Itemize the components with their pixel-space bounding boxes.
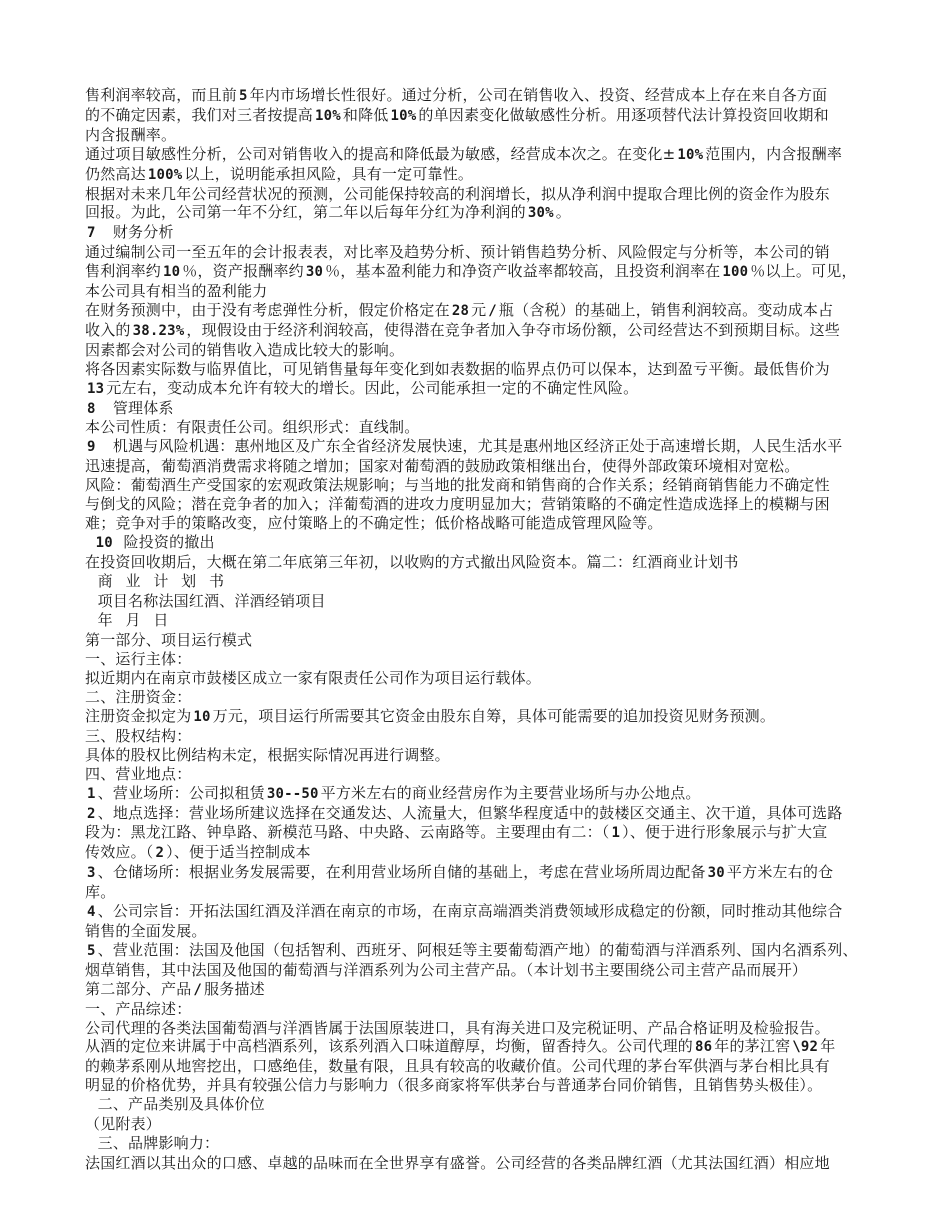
- ascii-text-run: [143, 613, 152, 629]
- text-line: 销售的全面发展。: [85, 922, 910, 941]
- text-line: 法国红酒以其出众的口感、卓越的品味而在全世界享有盛誉。公司经营的各类品牌红酒（尤…: [85, 1154, 910, 1173]
- text-line: 具体的股权比例结构未定，根据实际情况再进行调整。: [85, 746, 910, 765]
- text-line: 9 机遇与风险机遇：惠州地区及广东全省经济发展快速，尤其是惠州地区经济正处于高速…: [85, 437, 910, 457]
- cjk-text-run: 、营业场所：公司拟租赁: [98, 784, 265, 802]
- text-line: （见附表）: [85, 1115, 910, 1134]
- cjk-text-run: 烟草销售，其中法国及他国的葡萄酒与洋酒系列为公司主营产品。（本计划书主要围绕公司…: [85, 961, 807, 979]
- ascii-text-run: \92: [792, 1039, 818, 1055]
- cjk-text-run: 服务描述: [204, 980, 265, 998]
- text-line: 的赖茅系刚从地窖挖出，口感绝佳，数量有限，且具有较高的收藏价值。公司代理的茅台军…: [85, 1057, 910, 1076]
- cjk-text-run: 从酒的定位来讲属于中高档酒系列，该系列酒入口味道醇厚，均衡，留香持久。公司代理的: [85, 1037, 693, 1055]
- cjk-text-run: 商: [98, 572, 113, 590]
- text-line: 本公司具有相当的盈利能力: [85, 282, 910, 301]
- text-line: 4、公司宗旨：开拓法国红酒及洋酒在南京的市场，在南京高端酒类消费领域形成稳定的份…: [85, 902, 910, 922]
- ascii-text-run: 3: [87, 865, 96, 881]
- cjk-text-run: 售利润率约: [85, 262, 161, 280]
- cjk-text-run: ％，基本盈利能力和净资产收益率都较高，且投资利润率在: [325, 262, 720, 280]
- text-line: 四、营业地点：: [85, 765, 910, 784]
- cjk-text-run: 库。: [85, 883, 115, 901]
- text-line: 拟近期内在南京市鼓楼区成立一家有限责任公司作为项目运行载体。: [85, 669, 910, 688]
- text-line: 在投资回收期后，大概在第二年底第三年初，以收购的方式撤出风险资本。篇二：红酒商业…: [85, 553, 910, 572]
- cjk-text-run: 管理体系: [98, 399, 174, 417]
- cjk-text-run: 以上，说明能承担风险，具有一定可靠性。: [184, 165, 473, 183]
- text-line: 段为：黑龙江路、钟阜路、新模范马路、中央路、云南路等。主要理由有二：（1）、便于…: [85, 823, 910, 843]
- text-line: 13元左右，变动成本允许有较大的增长。因此，公司能承担一定的不确定性风险。: [85, 379, 910, 399]
- cjk-text-run: 计: [153, 572, 168, 590]
- text-line: 一、运行主体：: [85, 650, 910, 669]
- ascii-text-run: 28: [452, 303, 469, 319]
- cjk-text-run: 元: [471, 301, 486, 319]
- text-line: 三、股权结构：: [85, 727, 910, 746]
- cjk-text-run: 第二部分、产品: [85, 980, 191, 998]
- cjk-text-run: 元左右，变动成本允许有较大的增长。因此，公司能承担一定的不确定性风险。: [106, 379, 638, 397]
- text-line: 三、品牌影响力：: [85, 1134, 910, 1154]
- ascii-text-run: 10: [163, 264, 180, 280]
- ascii-text-run: [115, 574, 124, 590]
- text-line: 根据对未来几年公司经营状况的预测，公司能保持较高的利润增长，拟从净利润中提取合理…: [85, 185, 910, 204]
- text-line: 在财务预测中，由于没有考虑弹性分析，假定价格定在28元/瓶（含税）的基础上，销售…: [85, 301, 910, 321]
- cjk-text-run: 一、运行主体：: [85, 650, 191, 668]
- text-line: 公司代理的各类法国葡萄酒与洋酒皆属于法国原装进口，具有海关进口及完税证明、产品合…: [85, 1019, 910, 1038]
- text-line: 一、产品综述：: [85, 1000, 910, 1019]
- text-line: 二、产品类别及具体价位: [85, 1095, 910, 1115]
- ascii-text-run: 86: [695, 1039, 712, 1055]
- cjk-text-run: 通过项目敏感性分析，公司对销售收入的提高和降低最为敏感，经营成本次之。在变化±: [85, 145, 675, 163]
- cjk-text-run: 内含报酬率。: [85, 126, 176, 144]
- ascii-text-run: 38.23%: [133, 323, 185, 339]
- ascii-text-run: 5: [239, 88, 248, 104]
- text-line: 收入的38.23%，现假设由于经济利润较高，使得潜在竞争者加入争夺市场份额，公司…: [85, 321, 910, 341]
- ascii-text-run: 7: [87, 225, 96, 241]
- text-line: 售利润率约10％，资产报酬率约30％，基本盈利能力和净资产收益率都较高，且投资利…: [85, 262, 910, 282]
- cjk-text-run: 收入的: [85, 321, 131, 339]
- text-line: 项目名称法国红酒、洋酒经销项目: [85, 592, 910, 612]
- cjk-text-run: 法国红酒以其出众的口感、卓越的品味而在全世界享有盛誉。公司经营的各类品牌红酒（尤…: [85, 1154, 830, 1172]
- text-line: 回报。为此，公司第一年不分红，第二年以后每年分红为净利润的30%。: [85, 203, 910, 223]
- ascii-text-run: 10: [87, 535, 122, 551]
- ascii-text-run: /: [488, 303, 497, 319]
- cjk-text-run: 财务分析: [98, 223, 174, 241]
- text-line: 的不确定因素，我们对三者按提高10%和降低10%的单因素变化做敏感性分析。用逐项…: [85, 106, 910, 126]
- text-line: 注册资金拟定为10万元，项目运行所需要其它资金由股东自筹，具体可能需要的追加投资…: [85, 707, 910, 727]
- text-line: 年 月 日: [85, 611, 910, 631]
- text-line: 商 业 计 划 书: [85, 572, 910, 592]
- ascii-text-run: [87, 574, 96, 590]
- cjk-text-run: 传效应。（: [85, 843, 154, 861]
- cjk-text-run: 年: [98, 611, 113, 629]
- ascii-text-run: /: [193, 982, 202, 998]
- cjk-text-run: 划: [181, 572, 196, 590]
- cjk-text-run: 平方米左右的商业经营房作为主要营业场所与办公地点。: [321, 784, 701, 802]
- text-line: 通过编制公司一至五年的会计报表表，对比率及趋势分析、预计销售趋势分析、风险假定与…: [85, 243, 910, 262]
- text-line: 8 管理体系: [85, 399, 910, 419]
- ascii-text-run: [171, 574, 180, 590]
- ascii-text-run: [115, 613, 124, 629]
- text-line: 2、地点选择：营业场所建议选择在交通发达、人流量大，但繁华程度适中的鼓楼区交通主…: [85, 804, 910, 824]
- cjk-text-run: 的不确定因素，我们对三者按提高: [85, 106, 313, 124]
- cjk-text-run: 根据对未来几年公司经营状况的预测，公司能保持较高的利润增长，拟从净利润中提取合理…: [85, 185, 830, 203]
- cjk-text-run: （见附表）: [85, 1115, 161, 1133]
- text-line: 10 险投资的撤出: [85, 533, 910, 553]
- cjk-text-run: ，现假设由于经济利润较高，使得潜在竞争者加入争夺市场份额，公司经营达不到预期目标…: [186, 321, 840, 339]
- cjk-text-run: 月: [125, 611, 140, 629]
- ascii-text-run: 30: [708, 865, 725, 881]
- text-line: 1、营业场所：公司拟租赁30--50平方米左右的商业经营房作为主要营业场所与办公…: [85, 784, 910, 804]
- text-line: 库。: [85, 883, 910, 902]
- ascii-text-run: 100%: [148, 167, 183, 183]
- cjk-text-run: 年内市场增长性很好。通过分析，公司在销售收入、投资、经营成本上存在来自各方面: [250, 86, 828, 104]
- ascii-text-run: 10%: [315, 108, 341, 124]
- ascii-text-run: [87, 1136, 96, 1152]
- text-line: 5、营业范围：法国及他国（包括智利、西班牙、阿根廷等主要葡萄酒产地）的葡萄酒与洋…: [85, 941, 910, 961]
- text-line: 本公司性质：有限责任公司。组织形式：直线制。: [85, 418, 910, 437]
- cjk-text-run: 、地点选择：营业场所建议选择在交通发达、人流量大，但繁华程度适中的鼓楼区交通主、…: [98, 804, 843, 822]
- text-line: 与倒戈的风险；潜在竞争者的加入；洋葡萄酒的进攻力度明显加大；营销策略的不确定性造…: [85, 495, 910, 514]
- ascii-text-run: [87, 613, 96, 629]
- cjk-text-run: 难；竞争对手的策略改变，应付策略上的不确定性；低价格战略可能造成管理风险等。: [85, 514, 663, 532]
- cjk-text-run: ％以上。可见，: [750, 262, 856, 280]
- text-line: 内含报酬率。: [85, 126, 910, 145]
- cjk-text-run: 项目名称法国红酒、洋酒经销项目: [98, 592, 326, 610]
- cjk-text-run: 本公司具有相当的盈利能力: [85, 282, 267, 300]
- ascii-text-run: 8: [87, 401, 96, 417]
- cjk-text-run: 在投资回收期后，大概在第二年底第三年初，以收购的方式撤出风险资本。篇二：红酒商业…: [85, 553, 739, 571]
- cjk-text-run: 万元，项目运行所需要其它资金由股东自筹，具体可能需要的追加投资见财务预测。: [213, 707, 775, 725]
- ascii-text-run: [87, 594, 96, 610]
- cjk-text-run: 平方米左右的仓: [727, 863, 833, 881]
- cjk-text-run: 日: [153, 611, 168, 629]
- cjk-text-run: 在财务预测中，由于没有考虑弹性分析，假定价格定在: [85, 301, 450, 319]
- cjk-text-run: 三、品牌影响力：: [98, 1134, 220, 1152]
- text-line: 明显的价格优势，并具有较强公信力与影响力（很多商家将军供茅台与普通茅台同价销售，…: [85, 1076, 910, 1095]
- text-line: 二、注册资金：: [85, 688, 910, 707]
- cjk-text-run: 的单因素变化做敏感性分析。用逐项替代法计算投资回收期和: [418, 106, 828, 124]
- cjk-text-run: 、营业范围：法国及他国（包括智利、西班牙、阿根廷等主要葡萄酒产地）的葡萄酒与洋酒…: [98, 941, 858, 959]
- ascii-text-run: 10%: [391, 108, 417, 124]
- cjk-text-run: 和降低: [343, 106, 389, 124]
- cjk-text-run: 。: [556, 203, 571, 221]
- text-line: 将各因素实际数与临界值比，可见销售量每年变化到如表数据的临界点仍可以保本，达到盈…: [85, 360, 910, 379]
- cjk-text-run: 二、注册资金：: [85, 688, 191, 706]
- ascii-text-run: 1: [87, 786, 96, 802]
- ascii-text-run: 5: [87, 943, 96, 959]
- cjk-text-run: 回报。为此，公司第一年不分红，第二年以后每年分红为净利润的: [85, 203, 526, 221]
- cjk-text-run: 通过编制公司一至五年的会计报表表，对比率及趋势分析、预计销售趋势分析、风险假定与…: [85, 243, 830, 261]
- ascii-text-run: 13: [87, 381, 104, 397]
- cjk-text-run: 与倒戈的风险；潜在竞争者的加入；洋葡萄酒的进攻力度明显加大；营销策略的不确定性造…: [85, 495, 830, 513]
- text-line: 传效应。（2）、便于适当控制成本: [85, 843, 910, 863]
- cjk-text-run: 三、股权结构：: [85, 727, 191, 745]
- cjk-text-run: 注册资金拟定为: [85, 707, 191, 725]
- ascii-text-run: [143, 574, 152, 590]
- cjk-text-run: 销售的全面发展。: [85, 922, 207, 940]
- cjk-text-run: 瓶（含税）的基础上，销售利润较高。变动成本占: [499, 301, 833, 319]
- cjk-text-run: 的赖茅系刚从地窖挖出，口感绝佳，数量有限，且具有较高的收藏价值。公司代理的茅台军…: [85, 1057, 830, 1075]
- cjk-text-run: 年: [820, 1037, 835, 1055]
- cjk-text-run: 本公司性质：有限责任公司。组织形式：直线制。: [85, 418, 419, 436]
- cjk-text-run: 明显的价格优势，并具有较强公信力与影响力（很多商家将军供茅台与普通茅台同价销售，…: [85, 1076, 822, 1094]
- cjk-text-run: 具体的股权比例结构未定，根据实际情况再进行调整。: [85, 746, 450, 764]
- ascii-text-run: [198, 574, 207, 590]
- ascii-text-run: 30--50: [267, 786, 319, 802]
- cjk-text-run: 范围内，内含报酬率: [705, 145, 842, 163]
- ascii-text-run: 1: [612, 825, 621, 841]
- cjk-text-run: 公司代理的各类法国葡萄酒与洋酒皆属于法国原装进口，具有海关进口及完税证明、产品合…: [85, 1019, 830, 1037]
- document-page: 售利润率较高，而且前5年内市场增长性很好。通过分析，公司在销售收入、投资、经营成…: [0, 0, 950, 1230]
- cjk-text-run: 仍然高达: [85, 165, 146, 183]
- cjk-text-run: 因素都会对公司的销售收入造成比较大的影响。: [85, 341, 404, 359]
- text-line: 第二部分、产品/服务描述: [85, 980, 910, 1000]
- cjk-text-run: 年的茅江窖: [714, 1037, 790, 1055]
- cjk-text-run: 业: [125, 572, 140, 590]
- cjk-text-run: ）、便于进行形象展示与扩大宣: [622, 823, 827, 841]
- cjk-text-run: ）、便于适当控制成本: [166, 843, 311, 861]
- text-line: 烟草销售，其中法国及他国的葡萄酒与洋酒系列为公司主营产品。（本计划书主要围绕公司…: [85, 961, 910, 980]
- text-line: 迅速提高，葡萄酒消费需求将随之增加；国家对葡萄酒的鼓励政策相继出台，使得外部政策…: [85, 457, 910, 476]
- ascii-text-run: 4: [87, 904, 96, 920]
- ascii-text-run: 30%: [528, 205, 554, 221]
- cjk-text-run: 迅速提高，葡萄酒消费需求将随之增加；国家对葡萄酒的鼓励政策相继出台，使得外部政策…: [85, 457, 799, 475]
- ascii-text-run: 10: [193, 709, 210, 725]
- text-line: 从酒的定位来讲属于中高档酒系列，该系列酒入口味道醇厚，均衡，留香持久。公司代理的…: [85, 1037, 910, 1057]
- text-line: 第一部分、项目运行模式: [85, 631, 910, 650]
- ascii-text-run: 2: [156, 845, 165, 861]
- cjk-text-run: 书: [209, 572, 224, 590]
- text-line: 难；竞争对手的策略改变，应付策略上的不确定性；低价格战略可能造成管理风险等。: [85, 514, 910, 533]
- text-line: 通过项目敏感性分析，公司对销售收入的提高和降低最为敏感，经营成本次之。在变化±1…: [85, 145, 910, 165]
- cjk-text-run: 段为：黑龙江路、钟阜路、新模范马路、中央路、云南路等。主要理由有二：（: [85, 823, 610, 841]
- ascii-text-run: 10%: [677, 147, 703, 163]
- text-line: 7 财务分析: [85, 223, 910, 243]
- ascii-text-run: 2: [87, 806, 96, 822]
- cjk-text-run: 四、营业地点：: [85, 765, 191, 783]
- cjk-text-run: 将各因素实际数与临界值比，可见销售量每年变化到如表数据的临界点仍可以保本，达到盈…: [85, 360, 830, 378]
- ascii-text-run: [87, 1097, 96, 1113]
- text-line: 仍然高达100%以上，说明能承担风险，具有一定可靠性。: [85, 165, 910, 185]
- cjk-text-run: 、公司宗旨：开拓法国红酒及洋酒在南京的市场，在南京高端酒类消费领域形成稳定的份额…: [98, 902, 843, 920]
- cjk-text-run: 二、产品类别及具体价位: [98, 1095, 265, 1113]
- ascii-text-run: 100: [722, 264, 748, 280]
- cjk-text-run: 风险：葡萄酒生产受国家的宏观政策法规影响；与当地的批发商和销售商的合作关系；经销…: [85, 476, 830, 494]
- text-line: 3、仓储场所：根据业务发展需要，在利用营业场所自储的基础上，考虑在营业场所周边配…: [85, 863, 910, 883]
- cjk-text-run: ％，资产报酬率约: [182, 262, 304, 280]
- cjk-text-run: 险投资的撤出: [124, 533, 215, 551]
- cjk-text-run: 一、产品综述：: [85, 1000, 191, 1018]
- text-line: 售利润率较高，而且前5年内市场增长性很好。通过分析，公司在销售收入、投资、经营成…: [85, 86, 910, 106]
- text-line: 因素都会对公司的销售收入造成比较大的影响。: [85, 341, 910, 360]
- ascii-text-run: 9: [87, 439, 96, 455]
- text-line: 风险：葡萄酒生产受国家的宏观政策法规影响；与当地的批发商和销售商的合作关系；经销…: [85, 476, 910, 495]
- ascii-text-run: 30: [306, 264, 323, 280]
- cjk-text-run: 售利润率较高，而且前: [85, 86, 237, 104]
- cjk-text-run: 、仓储场所：根据业务发展需要，在利用营业场所自储的基础上，考虑在营业场所周边配备: [98, 863, 706, 881]
- cjk-text-run: 机遇与风险机遇：惠州地区及广东全省经济发展快速，尤其是惠州地区经济正处于高速增长…: [98, 437, 843, 455]
- cjk-text-run: 第一部分、项目运行模式: [85, 631, 252, 649]
- cjk-text-run: 拟近期内在南京市鼓楼区成立一家有限责任公司作为项目运行载体。: [85, 669, 541, 687]
